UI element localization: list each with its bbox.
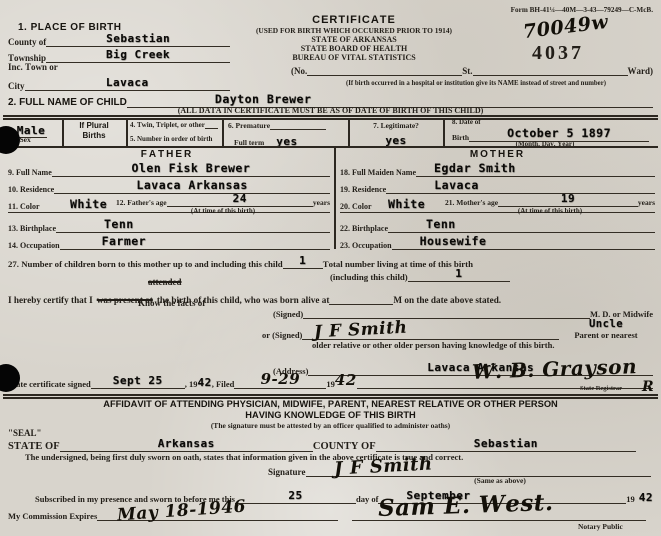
- st-label: St.: [462, 66, 472, 76]
- date-of-birth-label: Birth: [452, 133, 469, 142]
- county-row: County of Sebastian: [8, 30, 230, 47]
- county-of-value: Sebastian: [474, 437, 538, 450]
- state-of-value: Arkansas: [158, 437, 215, 450]
- mother-occupation-label: 23. Occupation: [340, 241, 392, 250]
- father-age-value: 24: [233, 192, 247, 205]
- certify-row: I hereby certify that I was present at t…: [8, 287, 653, 305]
- birth-certificate-document: 1. PLACE OF BIRTH County of Sebastian To…: [0, 0, 661, 536]
- table-divider: [222, 119, 224, 146]
- certify-lead: I hereby certify that I: [8, 295, 93, 305]
- father-age-label: 12. Father's age: [116, 198, 167, 207]
- mother-birthplace-label: 22. Birthplace: [340, 224, 388, 233]
- inc-town-label: Inc. Town or: [8, 62, 58, 72]
- affidavit-signature-row: Signature J F Smith: [268, 458, 651, 477]
- state-line: STATE OF ARKANSAS: [238, 35, 470, 44]
- divider: [3, 394, 658, 396]
- child-note: (ALL DATA IN CERTIFICATE MUST BE AS OF D…: [0, 106, 661, 115]
- father-header: FATHER: [0, 149, 334, 160]
- state-county-row: STATE OF Arkansas COUNTY OF Sebastian: [8, 435, 636, 452]
- board-line: STATE BOARD OF HEALTH: [238, 44, 470, 53]
- commission-label: My Commission Expires: [8, 511, 97, 521]
- county-of-label: COUNTY OF: [313, 441, 376, 452]
- city-row: City Lavaca: [8, 74, 230, 91]
- mother-age-value: 19: [561, 192, 575, 205]
- handwritten-file-number: 70049w: [522, 11, 610, 43]
- city-label: City: [8, 81, 25, 91]
- mother-header: MOTHER: [334, 149, 661, 160]
- father-color-label: 11. Color: [8, 202, 40, 211]
- commission-row: My Commission Expires May 18-1946: [8, 503, 338, 521]
- twin-label: 4. Twin, Triplet, or other: [130, 121, 205, 129]
- father-occupation-label: 14. Occupation: [8, 241, 60, 250]
- date-signed-label: Date certificate signed: [10, 379, 91, 389]
- father-occupation-row: 14. Occupation Farmer: [8, 233, 330, 250]
- children-count-value2: 1: [455, 267, 462, 280]
- affidavit-title2: HAVING KNOWLEDGE OF THIS BIRTH: [0, 410, 661, 420]
- notary-public-label: Notary Public: [578, 522, 623, 531]
- father-name-label: 9. Full Name: [8, 168, 52, 177]
- certificate-header: CERTIFICATE (USED FOR BIRTH WHICH OCCURR…: [238, 14, 470, 62]
- struck-attended-word: attended: [148, 277, 182, 287]
- date-signed-value: Sept 25: [113, 374, 163, 387]
- day-value: 25: [288, 489, 302, 502]
- county-value: Sebastian: [106, 32, 170, 45]
- father-birthplace-row: 13. Birthplace Tenn: [8, 216, 330, 233]
- twin-row: 4. Twin, Triplet, or other: [130, 121, 218, 129]
- uncle-value: Uncle: [589, 318, 623, 330]
- mother-name-label: 18. Full Maiden Name: [340, 168, 416, 177]
- township-value: Big Creek: [106, 48, 170, 61]
- state-of-label: STATE OF: [8, 441, 60, 452]
- father-color-row: 11. Color White 12. Father's age 24 year…: [8, 190, 330, 213]
- certificate-title: CERTIFICATE: [238, 14, 470, 26]
- children-count-value1: 1: [299, 254, 306, 267]
- form-number: Form BH-41¼—40M—3-43—79249—C-McB.: [511, 6, 653, 14]
- year-prefix-bottom: 19: [626, 494, 635, 504]
- registrar-initial: R: [642, 379, 654, 395]
- mother-birthplace-row: 22. Birthplace Tenn: [340, 216, 655, 233]
- commission-date-value: May 18-1946: [117, 499, 247, 525]
- father-name-row: 9. Full Name Olen Fisk Brewer: [8, 160, 330, 177]
- mother-name-row: 18. Full Maiden Name Egdar Smith: [340, 160, 655, 177]
- father-color-value: White: [70, 197, 107, 211]
- ward-label: Ward): [628, 66, 654, 76]
- order-label: 5. Number in order of birth: [130, 135, 212, 143]
- mother-occupation-value: Housewife: [420, 234, 487, 248]
- legitimate-label: 7. Legitimate?: [350, 121, 442, 130]
- township-row: Township Big Creek: [8, 46, 230, 63]
- mother-color-label: 20. Color: [340, 202, 372, 211]
- mother-age-box: 21. Mother's age 19 years (At time of th…: [445, 190, 655, 215]
- certify-tail: M on the date above stated.: [393, 295, 501, 305]
- column-divider: [334, 146, 336, 249]
- or-signed-label: or (Signed): [262, 330, 302, 340]
- plural-line2: Births: [63, 131, 125, 141]
- year-value: 42: [197, 376, 211, 389]
- filed-year-value: 42: [335, 371, 357, 389]
- affidavit-note: (The signature must be attested by an of…: [0, 421, 661, 430]
- year-prefix: , 19: [185, 379, 198, 389]
- father-age-box: 12. Father's age 24 years (At time of th…: [116, 190, 330, 215]
- divider: [3, 115, 658, 117]
- mother-occupation-row: 23. Occupation Housewife: [340, 233, 655, 250]
- filed-label: , Filed: [212, 379, 235, 389]
- father-age-note: (At time of this birth): [116, 207, 330, 215]
- signature-label: Signature: [268, 467, 306, 477]
- mother-age-suffix: years: [638, 198, 655, 207]
- year-value-bottom: 42: [639, 491, 653, 504]
- address-note: (If birth occurred in a hospital or inst…: [298, 80, 654, 87]
- mother-name-value: Egdar Smith: [434, 161, 516, 175]
- table-divider: [443, 119, 445, 146]
- father-age-suffix: years: [313, 198, 330, 207]
- state-registrar-label: State Registrar: [580, 385, 622, 392]
- children-count-label3: (including this child): [330, 272, 408, 282]
- bureau-line: BUREAU OF VITAL STATISTICS: [238, 53, 470, 62]
- date-of-birth-value: October 5 1897: [507, 126, 611, 140]
- know-facts-text: Know the facts of: [138, 298, 205, 308]
- filed-year-prefix: 19: [326, 379, 335, 389]
- certificate-number: 4037: [532, 42, 584, 65]
- signed-relative-row: or (Signed) J F Smith Uncle Parent or ne…: [262, 318, 653, 340]
- day-of-label: day of: [356, 494, 378, 504]
- same-as-above-note: (Same as above): [400, 476, 600, 485]
- no-label: (No.: [291, 66, 307, 76]
- filed-date-value: 9-29: [261, 372, 301, 387]
- premature-label: 6. Premature: [228, 121, 270, 130]
- city-value: Lavaca: [106, 76, 149, 89]
- mother-color-row: 20. Color White 21. Mother's age 19 year…: [340, 190, 655, 213]
- relation-stack: Uncle Parent or nearest: [559, 318, 653, 340]
- divider: [3, 118, 658, 120]
- certificate-subtitle: (USED FOR BIRTH WHICH OCCURRED PRIOR TO …: [238, 26, 470, 35]
- mother-birthplace-value: Tenn: [426, 217, 456, 231]
- plural-line1: If Plural: [63, 121, 125, 131]
- children-count-label1: 27. Number of children born to this moth…: [8, 259, 283, 269]
- premature-row: 6. Premature: [228, 121, 326, 130]
- mother-color-value: White: [388, 197, 425, 211]
- father-birthplace-label: 13. Birthplace: [8, 224, 56, 233]
- table-divider: [126, 119, 128, 146]
- father-birthplace-value: Tenn: [104, 217, 134, 231]
- mother-age-note: (At time of this birth): [445, 207, 655, 215]
- notary-signature: Sam E. West.: [378, 489, 554, 522]
- child-name-value: Dayton Brewer: [215, 92, 312, 106]
- divider: [3, 146, 658, 148]
- children-living-row: (including this child) 1: [330, 265, 510, 282]
- mother-age-label: 21. Mother's age: [445, 198, 498, 207]
- address-row: (No. St. Ward): [291, 66, 653, 76]
- father-occupation-value: Farmer: [102, 234, 147, 248]
- affidavit-title1: AFFIDAVIT OF ATTENDING PHYSICIAN, MIDWIF…: [0, 399, 661, 409]
- plural-births-cell: If Plural Births: [63, 121, 125, 140]
- informant-signature: J F Smith: [314, 320, 408, 342]
- relative-note: older relative or other older person hav…: [312, 340, 660, 350]
- father-name-value: Olen Fisk Brewer: [132, 161, 251, 175]
- parent-label: Parent or nearest: [574, 330, 637, 340]
- subscribed-row: Subscribed in my presence and sworn to b…: [35, 486, 653, 504]
